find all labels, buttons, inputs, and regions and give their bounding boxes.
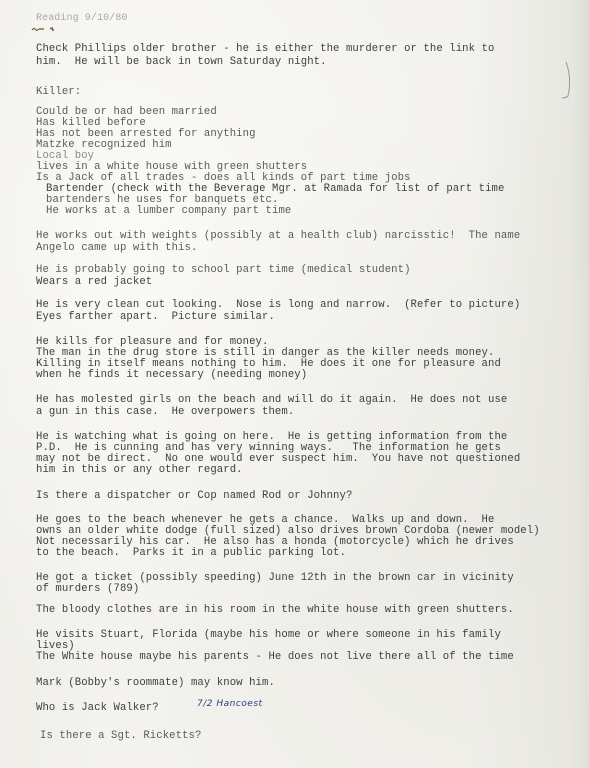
paragraph-beach-1: He has molested girls on the beach and w… <box>36 394 507 406</box>
paragraph-kills-4: when he finds it necessary (needing mone… <box>36 369 307 381</box>
pen-stroke-mark-icon <box>560 60 576 100</box>
paragraph-school-1: He is probably going to school part time… <box>36 264 411 276</box>
paragraph-ricketts: Is there a Sgt. Ricketts? <box>40 730 201 742</box>
paragraph-ticket-2: of murders (789) <box>36 583 139 595</box>
paragraph-walker: Who is Jack Walker? <box>36 702 159 714</box>
paragraph-looks-1: He is very clean cut looking. Nose is lo… <box>36 299 520 311</box>
paragraph-school-2: Wears a red jacket <box>36 276 152 288</box>
paragraph-weights-2: Angelo came up with this. <box>36 242 197 254</box>
paragraph-stuart-1: He visits Stuart, Florida (maybe his hom… <box>36 629 501 641</box>
paragraph-looks-2: Eyes farther apart. Picture similar. <box>36 311 275 323</box>
pen-scribble-icon <box>30 25 60 33</box>
paragraph-clothes: The bloody clothes are in his room in th… <box>36 604 514 616</box>
job-detail: He works at a lumber company part time <box>46 205 291 217</box>
paragraph-dispatcher: Is there a dispatcher or Cop named Rod o… <box>36 490 352 502</box>
paragraph-watching-4: him in this or any other regard. <box>36 464 243 476</box>
document-page: Reading 9/10/80 Check Phillips older bro… <box>0 0 589 768</box>
document-header: Reading 9/10/80 <box>36 13 128 25</box>
paragraph-mark: Mark (Bobby's roommate) may know him. <box>36 677 275 689</box>
paragraph-weights-1: He works out with weights (possibly at a… <box>36 230 520 242</box>
paragraph-cars-4: to the beach. Parks it in a public parki… <box>36 547 346 559</box>
intro-line-1: Check Phillips older brother - he is eit… <box>36 43 494 55</box>
intro-line-2: him. He will be back in town Saturday ni… <box>36 56 327 68</box>
killer-heading: Killer: <box>36 86 81 98</box>
paragraph-beach-2: a gun in this case. He overpowers them. <box>36 406 294 418</box>
paragraph-stuart-3: The White house maybe his parents - He d… <box>36 651 514 663</box>
handwritten-note: 7/2 Hancoest <box>197 699 263 709</box>
